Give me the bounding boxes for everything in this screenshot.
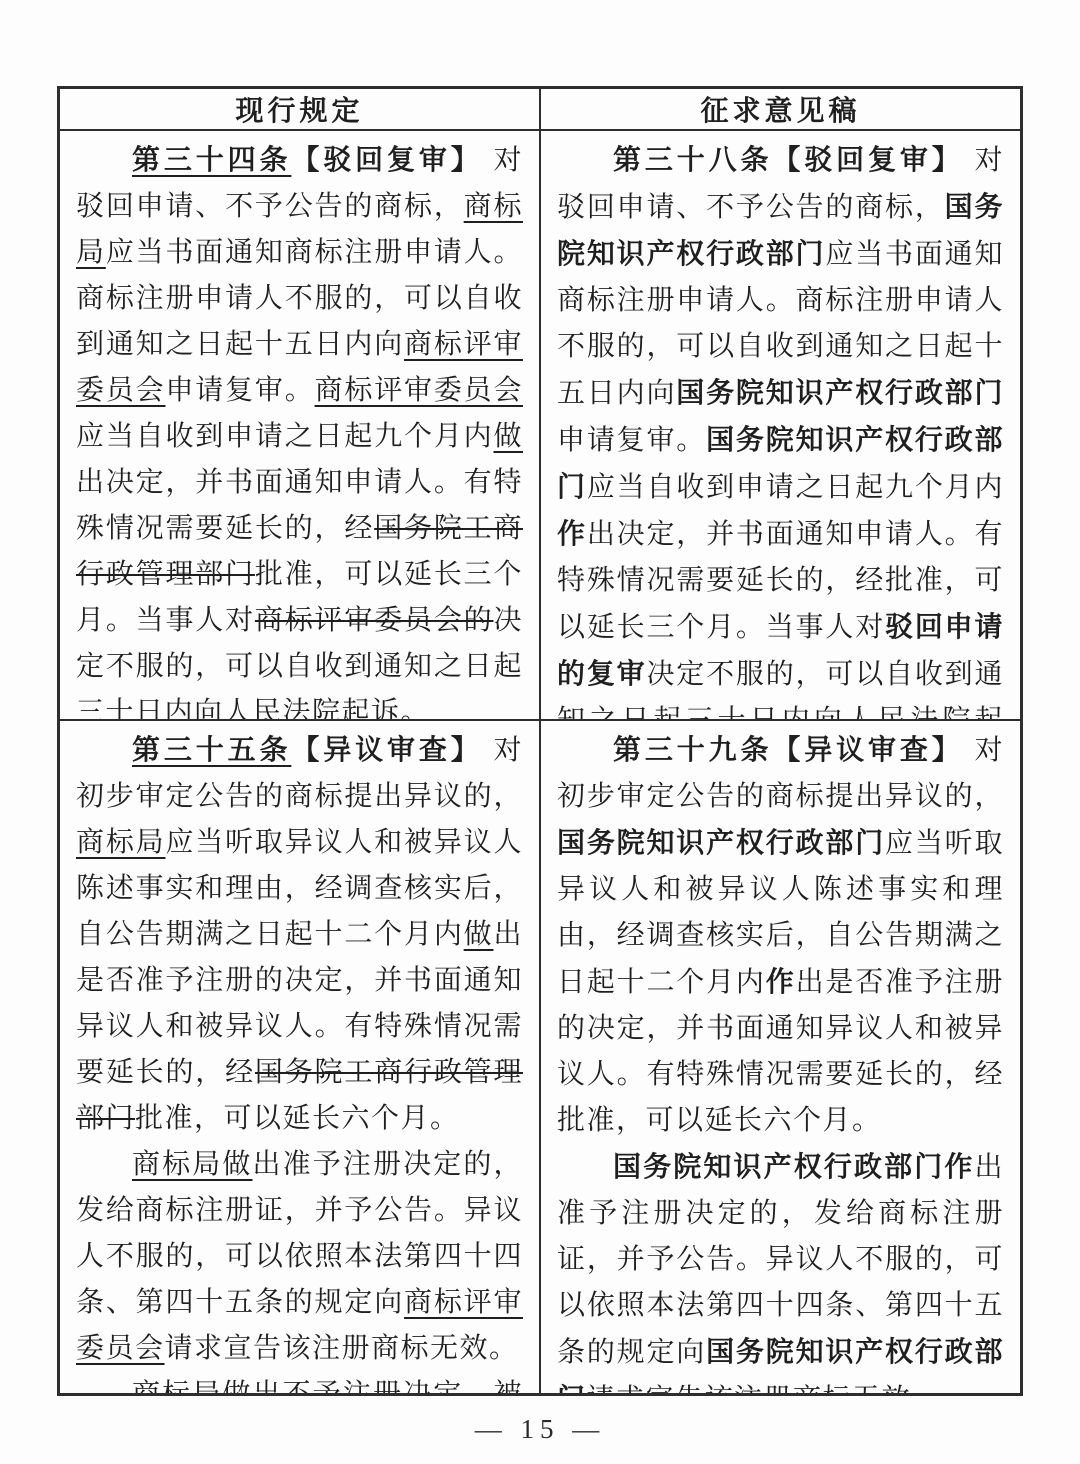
page-number: — 15 — xyxy=(0,1414,1080,1445)
article-cell-39-draft: 第三十九条【异议审查】 对初步审定公告的商标提出异议的，国务院知识产权行政部门应… xyxy=(540,720,1022,1395)
paragraph: 商标局做出不予注册决定，被异 xyxy=(76,1372,523,1393)
paragraph: 商标局做出准予注册决定的，发给商标注册证，并予公告。异议人不服的，可以依照本法第… xyxy=(76,1142,523,1372)
document-page: 现行规定 征求意见稿 第三十四条【驳回复审】 对驳回申请、不予公告的商标，商标局… xyxy=(0,0,1080,1464)
paragraph: 第三十九条【异议审查】 对初步审定公告的商标提出异议的，国务院知识产权行政部门应… xyxy=(557,727,1004,1144)
column-header-draft: 征求意见稿 xyxy=(540,88,1022,131)
paragraph: 第三十五条【异议审查】 对初步审定公告的商标提出异议的，商标局应当听取异议人和被… xyxy=(76,727,523,1142)
paragraph: 国务院知识产权行政部门作出准予注册决定的，发给商标注册证，并予公告。异议人不服的… xyxy=(557,1144,1004,1393)
paragraph: 第三十八条【驳回复审】 对驳回申请、不予公告的商标，国务院知识产权行政部门应当书… xyxy=(557,137,1004,719)
paragraph: 第三十四条【驳回复审】 对驳回申请、不予公告的商标，商标局应当书面通知商标注册申… xyxy=(76,137,523,719)
table-row: 第三十五条【异议审查】 对初步审定公告的商标提出异议的，商标局应当听取异议人和被… xyxy=(59,720,1022,1395)
comparison-table: 现行规定 征求意见稿 第三十四条【驳回复审】 对驳回申请、不予公告的商标，商标局… xyxy=(57,86,1023,1396)
column-header-current: 现行规定 xyxy=(59,88,541,131)
table-header-row: 现行规定 征求意见稿 xyxy=(59,88,1022,131)
article-cell-38-draft: 第三十八条【驳回复审】 对驳回申请、不予公告的商标，国务院知识产权行政部门应当书… xyxy=(540,130,1022,720)
article-cell-35-current: 第三十五条【异议审查】 对初步审定公告的商标提出异议的，商标局应当听取异议人和被… xyxy=(59,720,541,1395)
article-cell-34-current: 第三十四条【驳回复审】 对驳回申请、不予公告的商标，商标局应当书面通知商标注册申… xyxy=(59,130,541,720)
table-row: 第三十四条【驳回复审】 对驳回申请、不予公告的商标，商标局应当书面通知商标注册申… xyxy=(59,130,1022,720)
